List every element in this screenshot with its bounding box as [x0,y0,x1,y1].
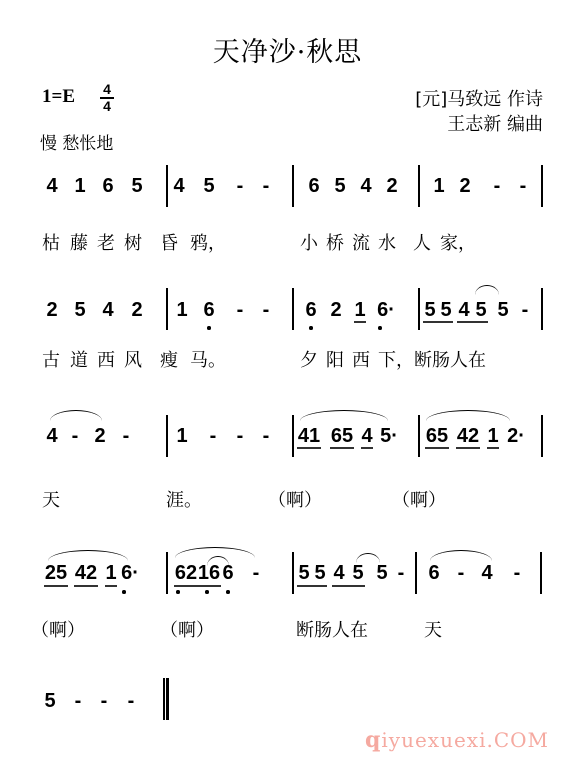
lyric: 人 [413,229,431,255]
lyric: 涯。 [166,486,202,512]
lyric: 鸦， [190,229,226,255]
note: 25 [45,562,67,585]
note: 5 [440,299,451,322]
eighth-underline [297,585,327,587]
dash: - [458,562,465,585]
lower-octave-dot [207,326,211,330]
note: 6 [222,562,233,585]
tempo-marking: 慢 愁怅地 [40,129,113,154]
dash: - [253,562,260,585]
note: 6 [102,175,113,198]
score-title: 天净沙·秋思 [0,30,575,69]
barline [292,415,294,457]
note: 65 [426,425,448,448]
lower-octave-dot [226,590,230,594]
barline [541,415,543,457]
slur [48,550,128,561]
dash: - [237,175,244,198]
lyric: 西 [352,346,370,372]
note: 2 [131,299,142,322]
lyric: 夕 [300,346,318,372]
lyric: 老 [97,229,115,255]
note: 4 [458,299,469,322]
lyric: 枯 [42,229,60,255]
lower-octave-dot [176,590,180,594]
note: 1 [354,299,365,322]
dash: - [210,425,217,448]
note: 41 [298,425,320,448]
lyric: （啊） [392,486,446,512]
note: 1 [487,425,498,448]
note: 5 [44,690,55,713]
lyric: 西 [97,346,115,372]
barline [415,552,417,594]
dash: - [263,425,270,448]
note: 1 [74,175,85,198]
note: 62 [175,562,197,585]
dash: - [128,690,135,713]
lyric: 马。 [190,346,226,372]
note: 2 [330,299,341,322]
note: 2 [386,175,397,198]
lower-octave-dot [122,590,126,594]
eighth-underline [330,447,354,449]
watermark-text: iyuexuexi.COM [381,728,549,752]
note: 5 [352,562,363,585]
barline [166,415,168,457]
lyric: 天 [42,486,60,512]
lyric: 小 [300,229,318,255]
watermark-logo-q: q [365,727,381,753]
note: 4 [102,299,113,322]
lyric: 水 [378,229,396,255]
slur [426,410,510,421]
lyricist-credit: [元]马致远 作诗 [415,85,543,111]
barline [541,288,543,330]
eighth-underline [457,321,488,323]
barline [292,552,294,594]
eighth-underline [297,447,321,449]
note: 5 [376,562,387,585]
dash: - [75,690,82,713]
barline [166,288,168,330]
barline [418,165,420,207]
note: 5 [314,562,325,585]
note: 5 [298,562,309,585]
eighth-underline [174,585,198,587]
lower-octave-dot [205,590,209,594]
lyric: 道 [70,346,88,372]
time-signature-numerator: 4 [103,81,111,97]
note: 2 [94,425,105,448]
dash: - [263,175,270,198]
note: 4 [361,425,372,448]
eighth-underline [74,585,98,587]
barline [292,288,294,330]
lyric: 流 [352,229,370,255]
note: 4 [46,175,57,198]
note: 2 [459,175,470,198]
dash: - [522,299,529,322]
key-signature: 1=E [42,86,75,108]
eighth-underline [456,447,480,449]
lyric: 树 [124,229,142,255]
eighth-underline [44,585,68,587]
note: 6 [428,562,439,585]
note: 65 [331,425,353,448]
barline [166,165,168,207]
lyric: 风 [124,346,142,372]
note: 6 [305,299,316,322]
dash: - [520,175,527,198]
lyric: 断肠人在 [296,616,368,642]
note: 4 [360,175,371,198]
lyric: 断肠人在 [414,346,486,372]
lyric: 昏 [160,229,178,255]
final-barline-thick [166,678,169,720]
note: 5 [497,299,508,322]
note: 6· [121,562,139,585]
lyric: 瘦 [160,346,178,372]
time-signature-denominator: 4 [103,98,111,114]
note: 4 [333,562,344,585]
note: 5 [424,299,435,322]
dash: - [123,425,130,448]
composer-credit: 王志新 编曲 [447,110,543,136]
time-signature: 4 4 [100,83,114,113]
note: 5 [475,299,486,322]
dash: - [72,425,79,448]
slur [430,550,492,561]
note: 1 [105,562,116,585]
eighth-underline [423,321,453,323]
barline [418,288,420,330]
lyric: 阳 [326,346,344,372]
lower-octave-dot [309,326,313,330]
dash: - [514,562,521,585]
lyric: 家， [440,229,476,255]
lyric: 古 [42,346,60,372]
note: 5 [74,299,85,322]
note: 5· [380,425,398,448]
note: 1 [176,299,187,322]
dash: - [263,299,270,322]
note: 2 [46,299,57,322]
slur [475,285,499,295]
note: 1 [176,425,187,448]
dash: - [101,690,108,713]
note: 2· [507,425,525,448]
lyric: 天 [424,616,442,642]
eighth-underline [425,447,449,449]
note: 5 [131,175,142,198]
note: 6 [203,299,214,322]
watermark: qiyuexuexi.COM [365,727,549,753]
eighth-underline [361,447,373,449]
note: 1 [433,175,444,198]
eighth-underline [197,585,221,587]
barline [166,552,168,594]
lyric: （啊） [160,616,214,642]
slur [50,410,102,421]
note: 6 [308,175,319,198]
note: 4 [173,175,184,198]
dash: - [237,299,244,322]
eighth-underline [332,585,365,587]
eighth-underline [354,321,366,323]
note: 4 [46,425,57,448]
dash: - [494,175,501,198]
note: 16 [198,562,220,585]
final-barline-thin [163,678,165,720]
note: 5 [203,175,214,198]
lower-octave-dot [378,326,382,330]
lyric: 藤 [70,229,88,255]
note: 6· [377,299,395,322]
dash: - [237,425,244,448]
eighth-underline [105,585,117,587]
note: 5 [334,175,345,198]
lyric: （啊） [268,486,322,512]
dash: - [398,562,405,585]
note: 42 [75,562,97,585]
barline [540,552,542,594]
slur [300,410,388,421]
note: 4 [481,562,492,585]
barline [541,165,543,207]
barline [418,415,420,457]
lyric: 桥 [326,229,344,255]
lyric: （啊） [31,616,85,642]
lyric: 下， [378,346,414,372]
eighth-underline [487,447,499,449]
barline [292,165,294,207]
note: 42 [457,425,479,448]
